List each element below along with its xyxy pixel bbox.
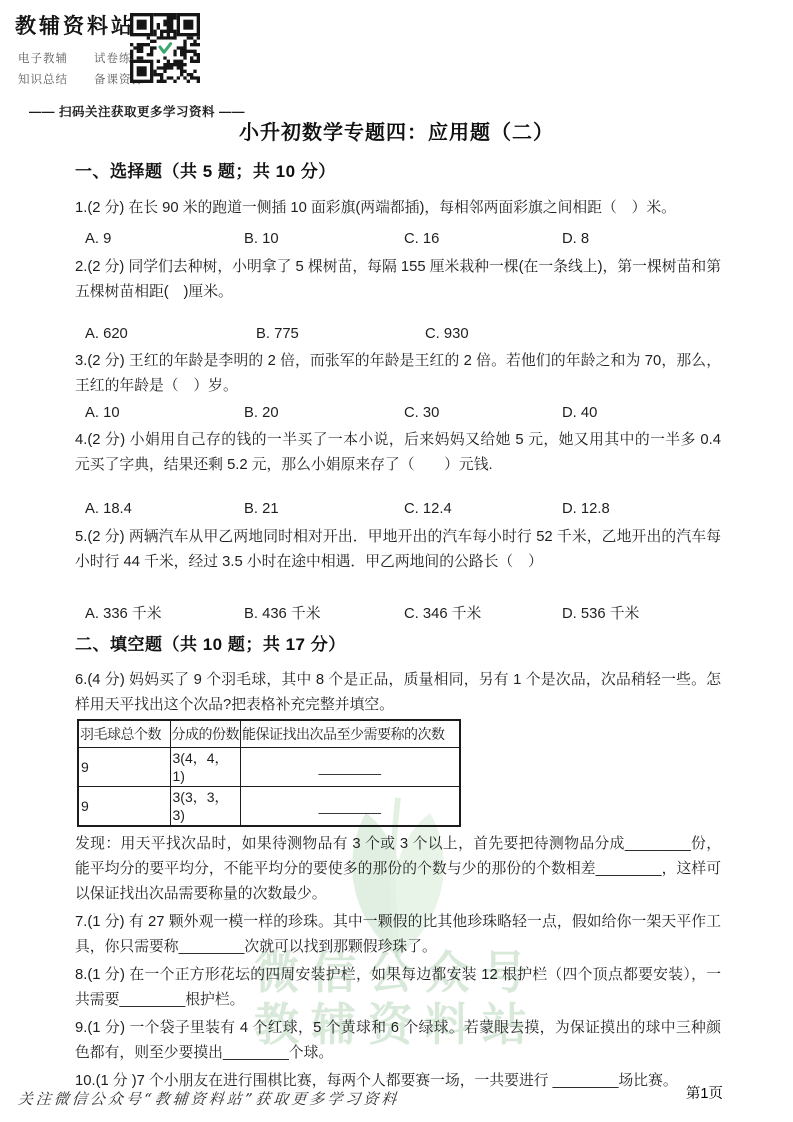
question-8-text: 8.(1 分) 在一个正方形花坛的四周安装护栏，如果每边都安装 12 根护栏（四…	[75, 963, 721, 1013]
table-cell: 3(4，4，1)	[170, 748, 241, 787]
option-a: A. 336 千米	[85, 602, 244, 627]
question-1-text: 1.(2 分) 在长 90 米的跑道一侧插 10 面彩旗(两端都插)，每相邻两面…	[75, 196, 721, 221]
discovery-text: 发现：用天平找次品时，如果待测物品有 3 个或 3 个以上，首先要把待测物品分成…	[75, 832, 721, 907]
exam-body: 一、选择题（共 5 题；共 10 分） 1.(2 分) 在长 90 米的跑道一侧…	[75, 160, 721, 1094]
page-number: 第1页	[686, 1082, 723, 1103]
exam-page: 微信公众号 教辅资料站 教辅资料站 电子教辅 试卷练习 知识总结 备课资源 ——…	[0, 0, 793, 1122]
option-d: D. 12.8	[562, 497, 721, 522]
question-9-text: 9.(1 分) 一个袋子里装有 4 个红球，5 个黄球和 6 个绿球。若蒙眼去摸…	[75, 1016, 721, 1066]
question-3-text: 3.(2 分) 王红的年龄是李明的 2 倍，而张军的年龄是王红的 2 倍。若他们…	[75, 349, 721, 399]
table-row: 9 3(4，4，1) ________	[78, 748, 460, 787]
option-b: B. 10	[244, 227, 404, 252]
option-c: C. 16	[404, 227, 562, 252]
option-a: A. 10	[85, 401, 244, 426]
question-7-text: 7.(1 分) 有 27 颗外观一模一样的珍珠。其中一颗假的比其他珍珠略轻一点，…	[75, 910, 721, 960]
section-heading-choice: 一、选择题（共 5 题；共 10 分）	[75, 160, 721, 184]
option-a: A. 620	[85, 322, 256, 347]
question-3-options: A. 10 B. 20 C. 30 D. 40	[75, 401, 721, 426]
question-4-text: 4.(2 分) 小娟用自己存的钱的一半买了一本小说，后来妈妈又给她 5 元，她又…	[75, 428, 721, 478]
option-a: A. 18.4	[85, 497, 244, 522]
table-cell: 3(3，3，3)	[170, 787, 241, 827]
table-header-times: 能保证找出次品至少需要称的次数	[241, 720, 460, 748]
table-cell: 9	[78, 748, 170, 787]
option-c: C. 930	[425, 322, 721, 347]
question-6-text: 6.(4 分) 妈妈买了 9 个羽毛球，其中 8 个是正品，质量相同，另有 1 …	[75, 668, 721, 718]
table-cell: 9	[78, 787, 170, 827]
option-d: D. 8	[562, 227, 721, 252]
table-answer-blank: ________	[241, 787, 460, 827]
badminton-table: 羽毛球总个数 分成的份数 能保证找出次品至少需要称的次数 9 3(4，4，1) …	[77, 719, 461, 827]
question-5-options: A. 336 千米 B. 436 千米 C. 346 千米 D. 536 千米	[75, 602, 721, 627]
option-c: C. 346 千米	[404, 602, 562, 627]
option-d: D. 536 千米	[562, 602, 721, 627]
question-5-text: 5.(2 分) 两辆汽车从甲乙两地同时相对开出．甲地开出的汽车每小时行 52 千…	[75, 525, 721, 575]
question-2-options: A. 620 B. 775 C. 930	[75, 322, 721, 347]
table-header-row: 羽毛球总个数 分成的份数 能保证找出次品至少需要称的次数	[78, 720, 460, 748]
option-c: C. 12.4	[404, 497, 562, 522]
feature-item: 知识总结	[18, 71, 78, 87]
option-d: D. 40	[562, 401, 721, 426]
header: 教辅资料站 电子教辅 试卷练习 知识总结 备课资源 —— 扫码关注获取更多学习资…	[15, 10, 275, 40]
table-row: 9 3(3，3，3) ________	[78, 787, 460, 827]
table-header-total: 羽毛球总个数	[78, 720, 170, 748]
option-b: B. 20	[244, 401, 404, 426]
option-a: A. 9	[85, 227, 244, 252]
page-title: 小升初数学专题四：应用题（二）	[0, 116, 793, 145]
question-2-text: 2.(2 分) 同学们去种树，小明拿了 5 棵树苗，每隔 155 厘米栽种一棵(…	[75, 255, 721, 305]
feature-item: 电子教辅	[18, 50, 78, 66]
option-b: B. 775	[256, 322, 425, 347]
option-b: B. 436 千米	[244, 602, 404, 627]
table-answer-blank: ________	[241, 748, 460, 787]
question-4-options: A. 18.4 B. 21 C. 12.4 D. 12.8	[75, 497, 721, 522]
table-header-parts: 分成的份数	[170, 720, 241, 748]
question-1-options: A. 9 B. 10 C. 16 D. 8	[75, 227, 721, 252]
qr-code-icon	[130, 12, 200, 84]
option-c: C. 30	[404, 401, 562, 426]
option-b: B. 21	[244, 497, 404, 522]
section-heading-fill: 二、填空题（共 10 题；共 17 分）	[75, 633, 721, 657]
footer-note: 关注微信公众号“教辅资料站”获取更多学习资料	[17, 1088, 400, 1109]
